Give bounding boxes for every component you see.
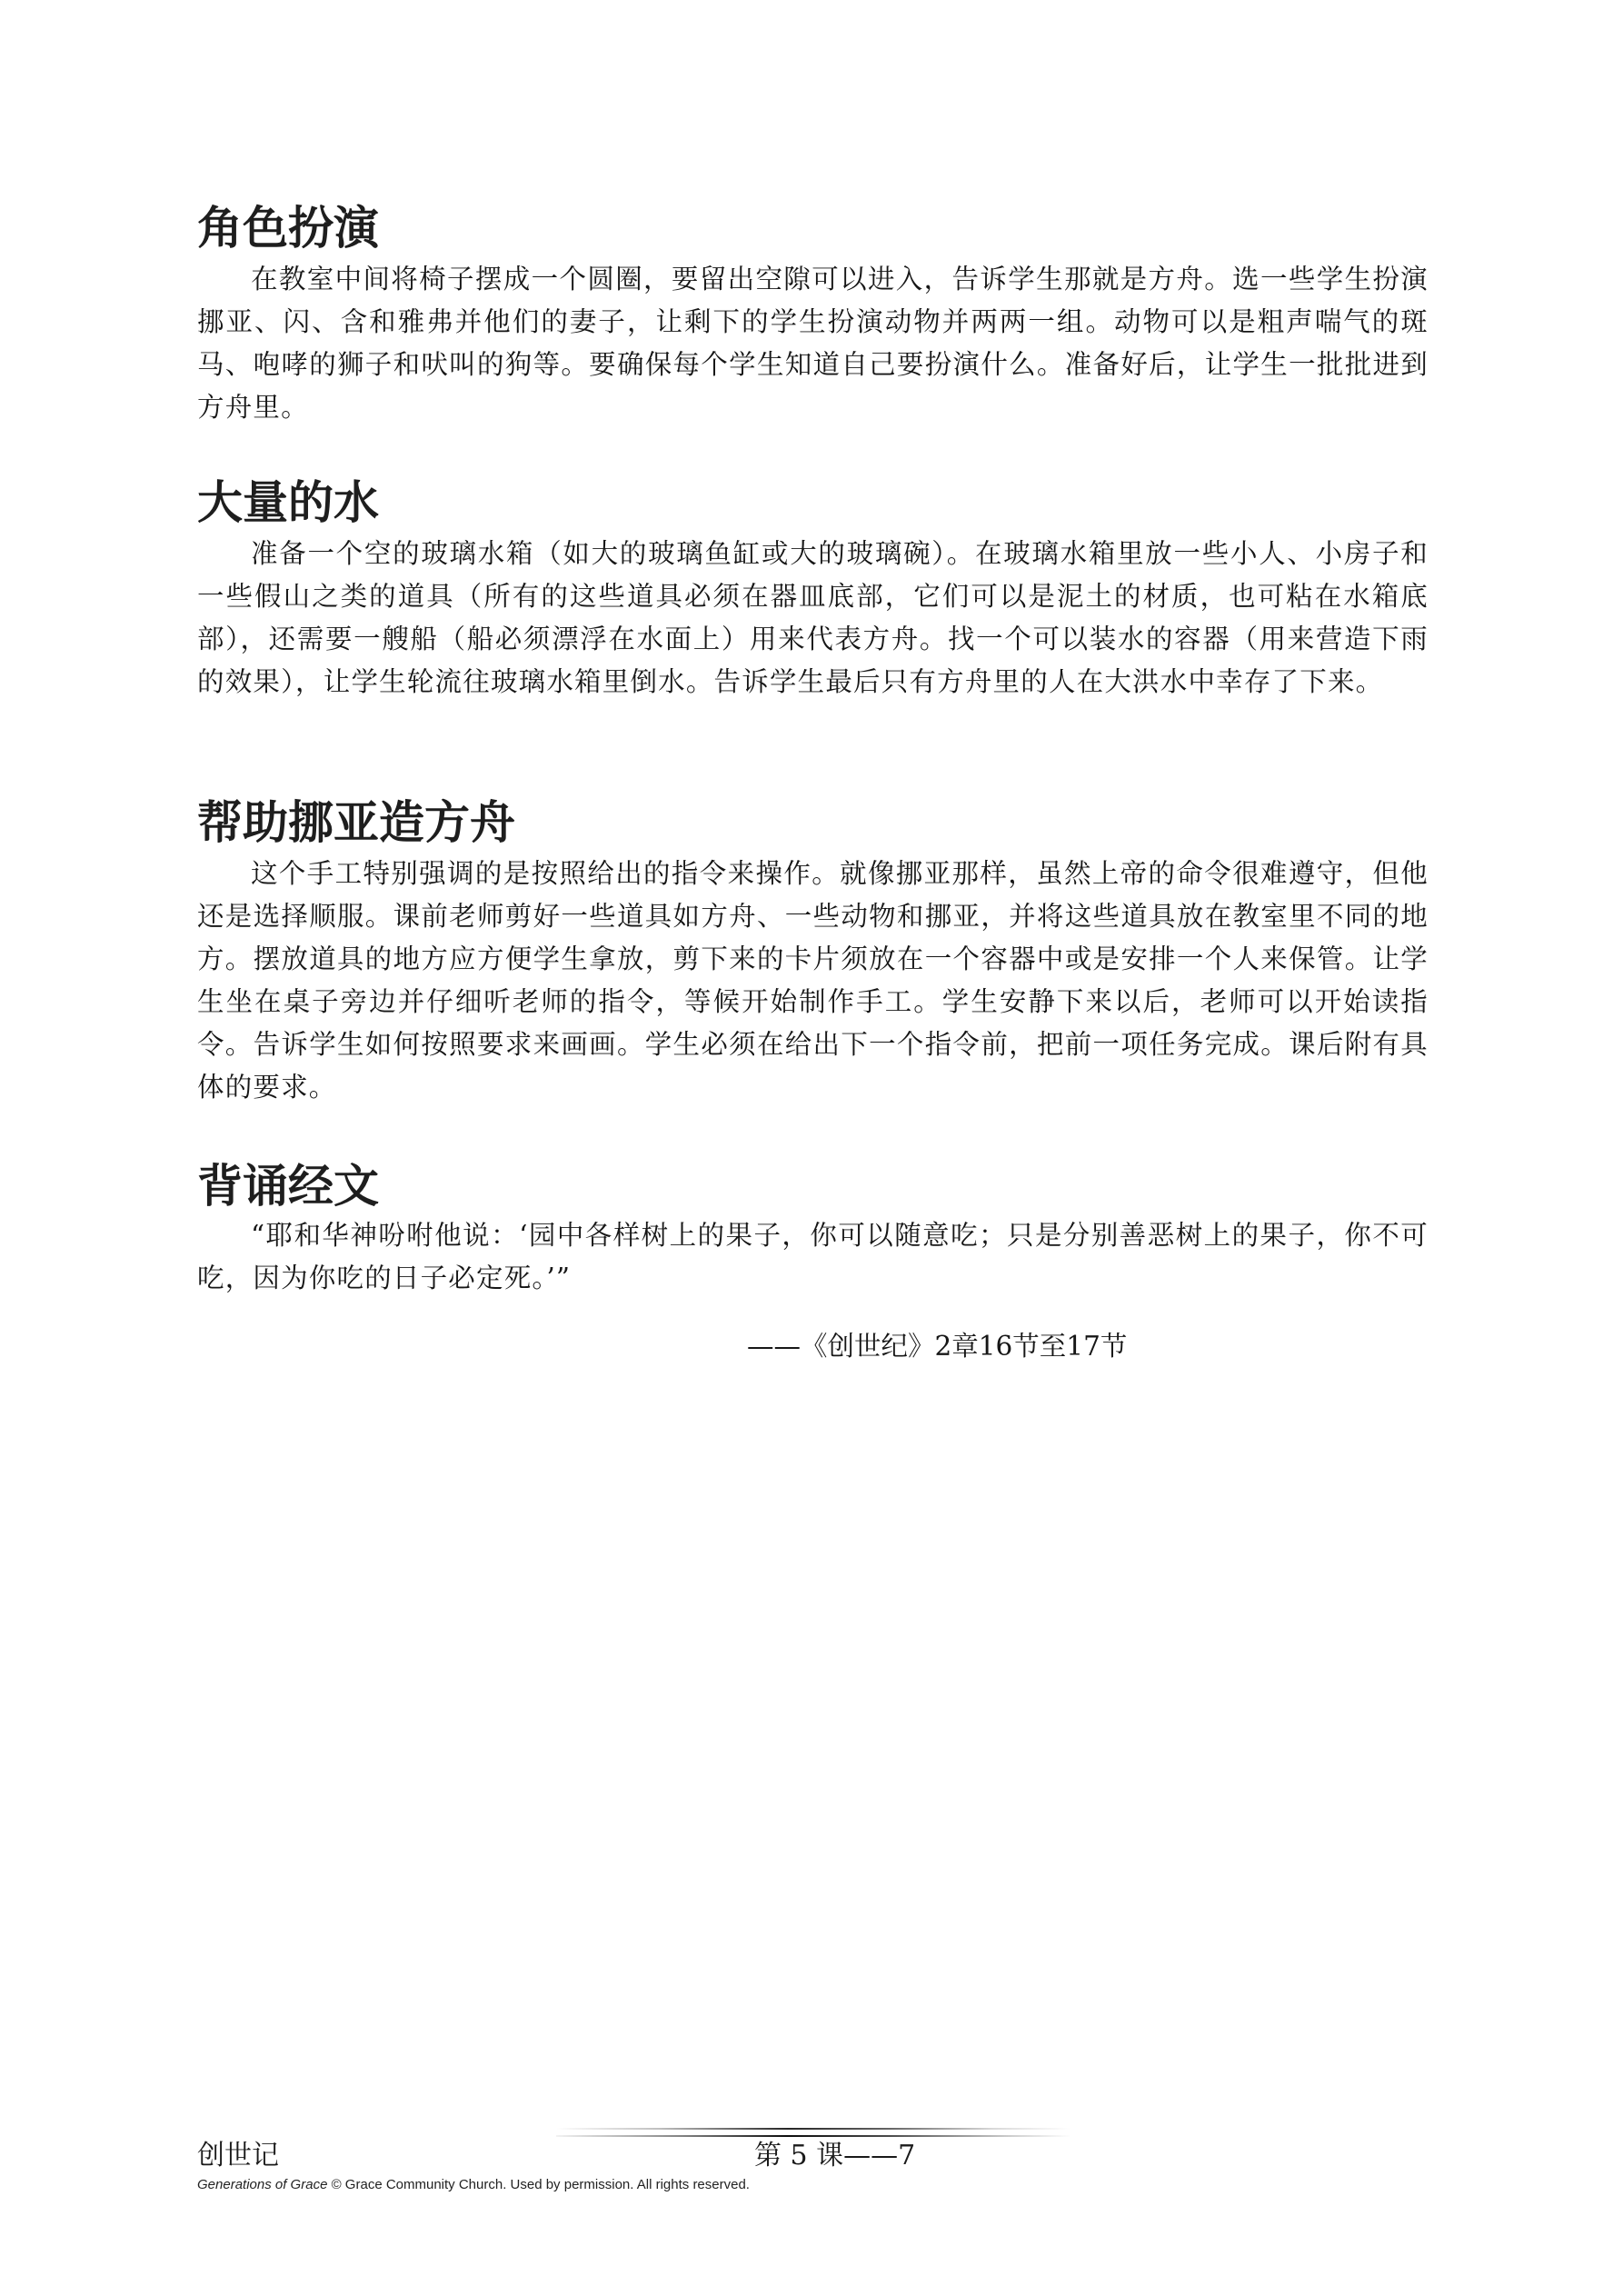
footer-decorative-rule [556,2135,1070,2137]
section-role-play: 角色扮演 在教室中间将椅子摆成一个圆圈，要留出空隙可以进入，告诉学生那就是方舟。… [197,202,1429,429]
memory-verse-text: “耶和华神吩咐他说：‘园中各样树上的果子，你可以随意吃；只是分别善恶树上的果子，… [197,1214,1429,1300]
copyright-notice: © Grace Community Church. Used by permis… [327,2177,750,2192]
section-body: 这个手工特别强调的是按照给出的指令来操作。就像挪亚那样，虽然上帝的命令很难遵守，… [197,853,1429,1109]
section-heading: 帮助挪亚造方舟 [197,796,1429,849]
document-page: 角色扮演 在教室中间将椅子摆成一个圆圈，要留出空隙可以进入，告诉学生那就是方舟。… [0,0,1623,2296]
verse-citation: ——《创世纪》2章16节至17节 [747,1325,1127,1368]
footer-book-title: 创世记 [197,2138,279,2174]
footer-decorative-rule [556,2128,1070,2130]
section-heading: 大量的水 [197,476,1429,529]
section-body: 在教室中间将椅子摆成一个圆圈，要留出空隙可以进入，告诉学生那就是方舟。选一些学生… [197,258,1429,429]
section-lots-of-water: 大量的水 准备一个空的玻璃水箱（如大的玻璃鱼缸或大的玻璃碗）。在玻璃水箱里放一些… [197,476,1429,704]
section-body: 准备一个空的玻璃水箱（如大的玻璃鱼缸或大的玻璃碗）。在玻璃水箱里放一些小人、小房… [197,533,1429,704]
footer-page-number: 第 5 课——7 [754,2138,915,2174]
section-heading: 背诵经文 [197,1160,1429,1213]
section-memory-verse: 背诵经文 “耶和华神吩咐他说：‘园中各样树上的果子，你可以随意吃；只是分别善恶树… [197,1160,1429,1300]
footer-copyright: Generations of Grace © Grace Community C… [197,2176,750,2194]
section-help-noah-build-ark: 帮助挪亚造方舟 这个手工特别强调的是按照给出的指令来操作。就像挪亚那样，虽然上帝… [197,796,1429,1109]
section-heading: 角色扮演 [197,202,1429,255]
copyright-work-title: Generations of Grace [197,2177,327,2192]
